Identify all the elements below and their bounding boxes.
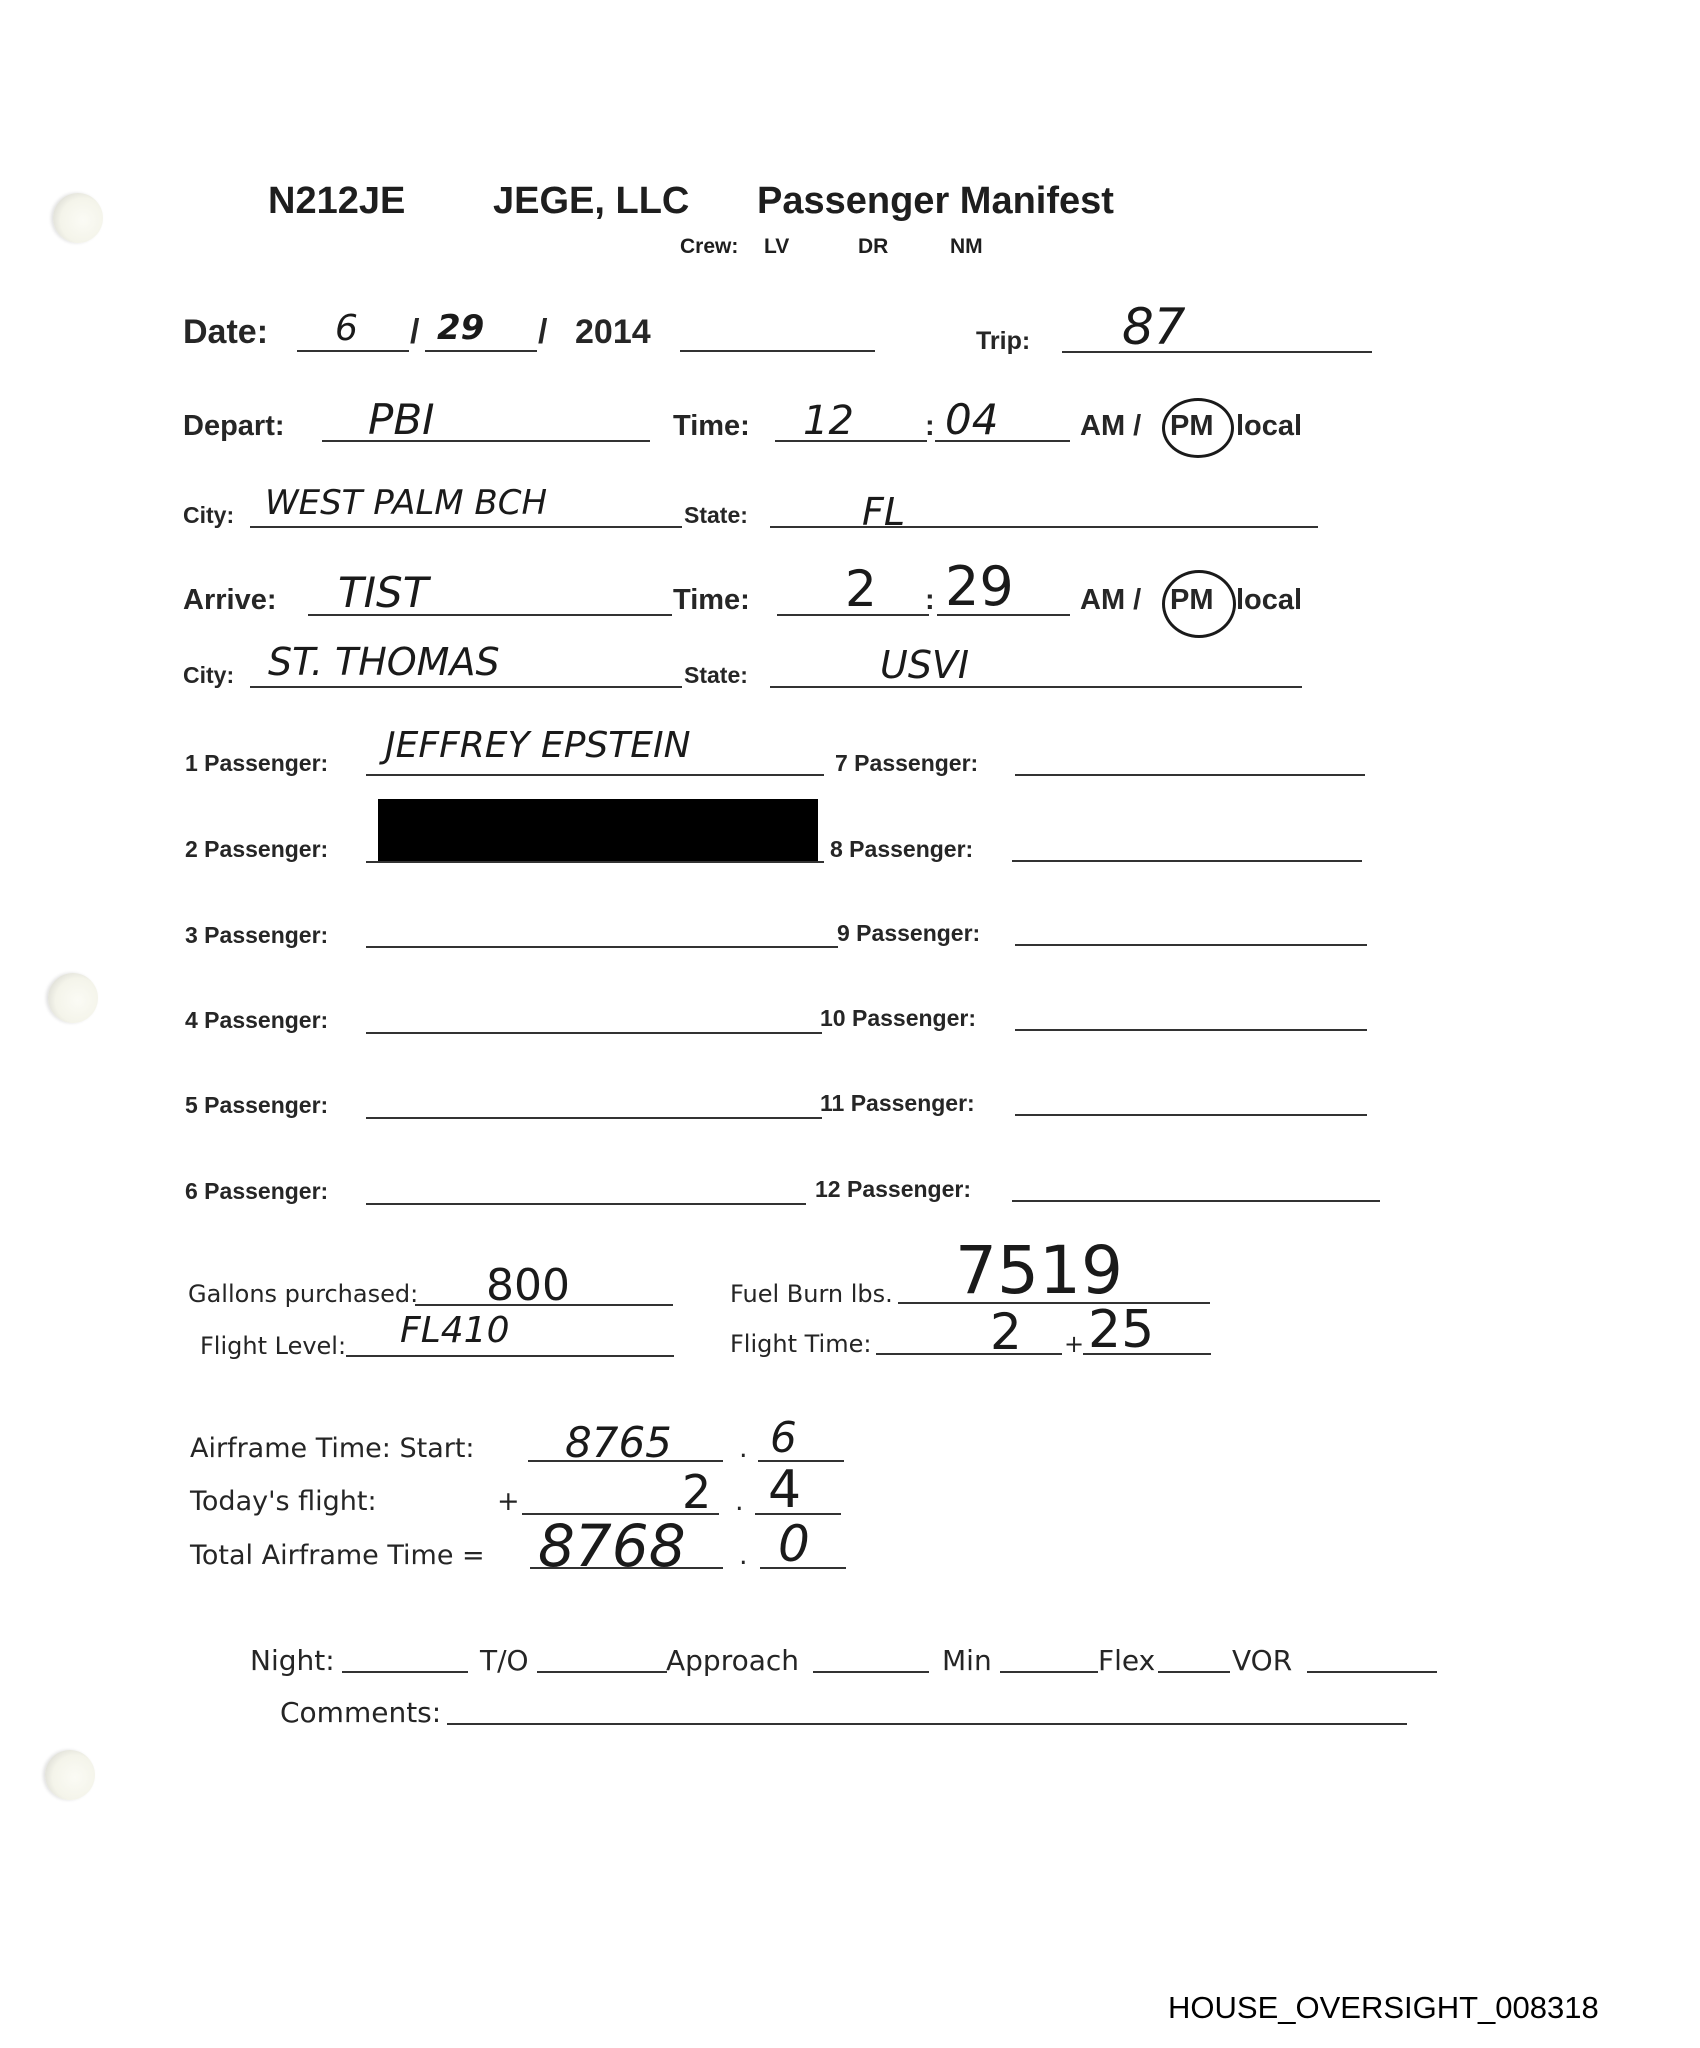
- passenger-4-field[interactable]: [366, 1032, 822, 1034]
- crew-label: Crew:: [680, 235, 738, 259]
- arrive-local-label: local: [1236, 584, 1302, 617]
- flight-time-minutes-value: 25: [1088, 1300, 1154, 1360]
- comments-field[interactable]: [447, 1723, 1407, 1725]
- tail-number: N212JE: [268, 180, 405, 223]
- hole-punch-top: [53, 193, 103, 243]
- passenger-11-field[interactable]: [1015, 1114, 1367, 1116]
- depart-label: Depart:: [183, 410, 285, 443]
- depart-city-label: City:: [183, 502, 234, 529]
- depart-am-option[interactable]: AM /: [1080, 410, 1141, 443]
- arrive-airport-value: TIST: [338, 568, 428, 617]
- approach-field[interactable]: [813, 1671, 929, 1673]
- arrive-city-field[interactable]: [250, 686, 682, 688]
- crew-member-2: DR: [858, 235, 888, 259]
- passenger-12-label: 12 Passenger:: [815, 1176, 971, 1203]
- depart-state-field[interactable]: [770, 526, 1318, 528]
- passenger-3-field[interactable]: [366, 946, 838, 948]
- flight-level-label: Flight Level:: [200, 1332, 346, 1360]
- passenger-7-field[interactable]: [1015, 774, 1365, 776]
- flight-level-field[interactable]: [346, 1355, 674, 1357]
- company-name: JEGE, LLC: [493, 180, 689, 223]
- todays-flight-plus: +: [497, 1486, 520, 1517]
- airframe-start-dot: .: [739, 1433, 748, 1464]
- total-airframe-whole-value: 8768: [538, 1512, 686, 1580]
- crew-member-1: LV: [764, 235, 789, 259]
- passenger-2-label: 2 Passenger:: [185, 836, 328, 863]
- passenger-1-value: JEFFREY EPSTEIN: [385, 725, 691, 766]
- takeoff-field[interactable]: [537, 1671, 667, 1673]
- depart-state-value: FL: [862, 490, 905, 534]
- date-label: Date:: [183, 313, 268, 352]
- passenger-2-field[interactable]: [366, 861, 824, 863]
- hole-punch-middle: [48, 973, 98, 1023]
- total-airframe-label: Total Airframe Time =: [190, 1540, 485, 1571]
- arrive-time-label: Time:: [673, 584, 750, 617]
- depart-local-label: local: [1236, 410, 1302, 443]
- date-day-field[interactable]: [425, 350, 537, 352]
- arrive-state-label: State:: [684, 662, 748, 689]
- todays-flight-dot: .: [735, 1486, 744, 1517]
- trip-number-field[interactable]: [1062, 351, 1372, 353]
- passenger-12-field[interactable]: [1012, 1200, 1380, 1202]
- passenger-1-field[interactable]: [366, 774, 824, 776]
- hole-punch-bottom: [45, 1750, 95, 1800]
- flight-level-value: FL410: [400, 1310, 509, 1351]
- todays-flight-tenth-value: 4: [768, 1460, 801, 1520]
- passenger-8-label: 8 Passenger:: [830, 836, 973, 863]
- total-airframe-tenth-value: 0: [778, 1515, 810, 1573]
- arrive-pm-selected-circle: [1162, 570, 1236, 638]
- takeoff-label: T/O: [480, 1644, 529, 1677]
- depart-pm-selected-circle: [1162, 398, 1234, 458]
- night-field[interactable]: [342, 1671, 468, 1673]
- passenger-6-field[interactable]: [366, 1203, 806, 1205]
- passenger-8-field[interactable]: [1012, 860, 1362, 862]
- flight-time-hours-value: 2: [990, 1303, 1022, 1361]
- passenger-10-field[interactable]: [1015, 1029, 1367, 1031]
- depart-city-value: WEST PALM BCH: [265, 483, 547, 523]
- date-year: 2014: [575, 313, 651, 352]
- airframe-start-whole-value: 8765: [565, 1418, 672, 1467]
- passenger-9-label: 9 Passenger:: [837, 920, 980, 947]
- arrive-city-label: City:: [183, 662, 234, 689]
- date-month-value: 6: [335, 308, 358, 349]
- vor-field[interactable]: [1307, 1671, 1437, 1673]
- todays-flight-whole-value: 2: [682, 1465, 711, 1519]
- night-label: Night:: [250, 1644, 335, 1677]
- gallons-purchased-label: Gallons purchased:: [188, 1280, 418, 1308]
- min-field[interactable]: [1000, 1671, 1098, 1673]
- date-separator-1: /: [410, 313, 419, 352]
- flight-time-hours-field[interactable]: [876, 1353, 1062, 1355]
- gallons-purchased-value: 800: [486, 1260, 570, 1311]
- passenger-10-label: 10 Passenger:: [820, 1005, 976, 1032]
- depart-time-label: Time:: [673, 410, 750, 443]
- depart-time-minute-value: 04: [945, 395, 998, 444]
- passenger-6-label: 6 Passenger:: [185, 1178, 328, 1205]
- arrive-time-minute-value: 29: [945, 555, 1014, 618]
- passenger-5-label: 5 Passenger:: [185, 1092, 328, 1119]
- depart-city-field[interactable]: [250, 526, 682, 528]
- passenger-7-label: 7 Passenger:: [835, 750, 978, 777]
- total-airframe-dot: .: [739, 1540, 748, 1571]
- flex-field[interactable]: [1158, 1671, 1230, 1673]
- arrive-city-value: ST. THOMAS: [268, 640, 500, 684]
- trip-label: Trip:: [976, 327, 1030, 356]
- arrive-time-hour-value: 2: [845, 560, 877, 618]
- arrive-label: Arrive:: [183, 584, 277, 617]
- todays-flight-label: Today's flight:: [190, 1486, 377, 1517]
- bates-number: HOUSE_OVERSIGHT_008318: [1168, 1990, 1599, 2026]
- airframe-start-label: Airframe Time: Start:: [190, 1433, 475, 1464]
- arrive-time-separator: :: [925, 584, 935, 617]
- arrive-state-value: USVI: [880, 643, 969, 687]
- arrive-am-option[interactable]: AM /: [1080, 584, 1141, 617]
- flight-time-separator: +: [1064, 1330, 1084, 1358]
- trip-number-value: 87: [1122, 298, 1186, 356]
- crew-member-3: NM: [950, 235, 983, 259]
- fuel-burn-label: Fuel Burn lbs.: [730, 1280, 893, 1308]
- arrive-state-field[interactable]: [770, 686, 1302, 688]
- passenger-1-label: 1 Passenger:: [185, 750, 328, 777]
- vor-label: VOR: [1232, 1644, 1292, 1677]
- fuel-burn-value: 7519: [955, 1232, 1123, 1309]
- passenger-11-label: 11 Passenger:: [820, 1090, 975, 1117]
- depart-time-separator: :: [925, 410, 935, 443]
- depart-state-label: State:: [684, 502, 748, 529]
- passenger-5-field[interactable]: [366, 1117, 822, 1119]
- flex-label: Flex: [1098, 1644, 1155, 1677]
- depart-airport-value: PBI: [368, 395, 435, 444]
- date-month-field[interactable]: [297, 350, 409, 352]
- comments-label: Comments:: [280, 1696, 441, 1729]
- min-label: Min: [942, 1644, 992, 1677]
- airframe-start-tenth-value: 6: [770, 1413, 797, 1462]
- date-extra-field[interactable]: [680, 350, 875, 352]
- form-title: Passenger Manifest: [757, 180, 1114, 223]
- passenger-4-label: 4 Passenger:: [185, 1007, 328, 1034]
- passenger-9-field[interactable]: [1015, 944, 1367, 946]
- depart-time-hour-value: 12: [803, 398, 854, 444]
- passenger-2-redaction: [378, 799, 818, 861]
- date-separator-2: /: [538, 313, 547, 352]
- flight-time-label: Flight Time:: [730, 1330, 871, 1358]
- date-day-value: 29: [437, 308, 484, 348]
- passenger-3-label: 3 Passenger:: [185, 922, 328, 949]
- approach-label: Approach: [666, 1644, 799, 1677]
